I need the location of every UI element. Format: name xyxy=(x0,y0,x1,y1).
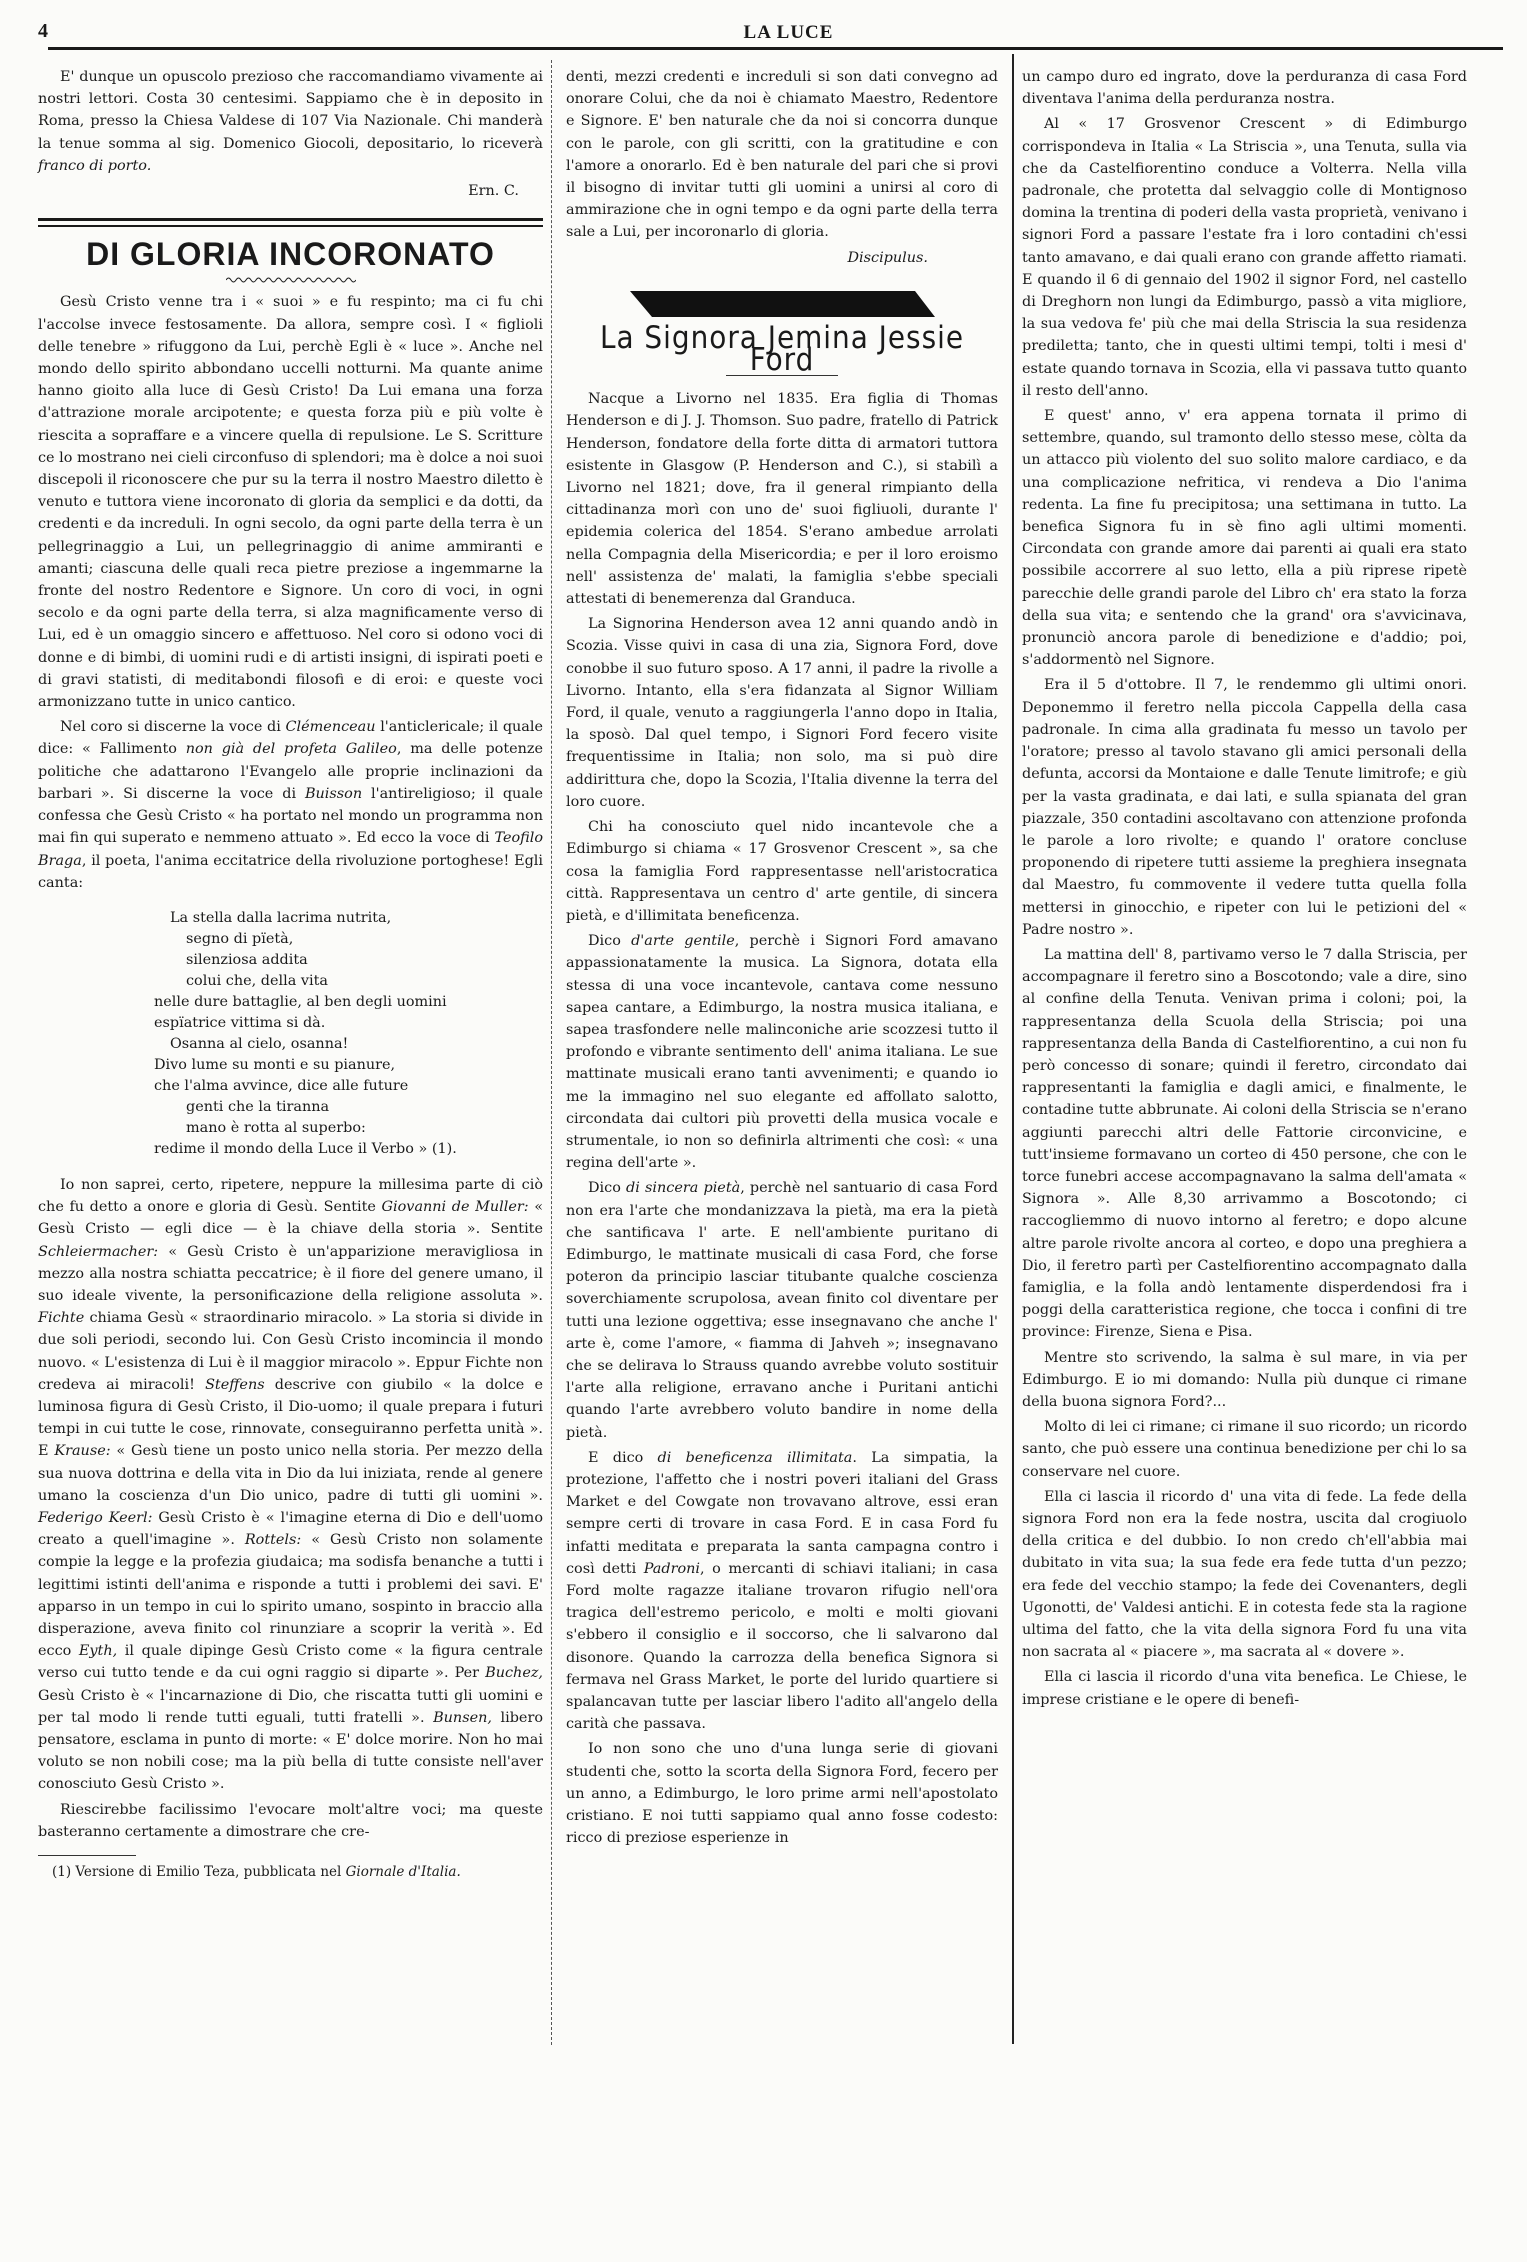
poem-line: che l'alma avvince, dice alle future xyxy=(38,1076,543,1097)
ford-continuation: un campo duro ed ingrato, dove la perdur… xyxy=(1022,66,1467,110)
name-clemenceau: Clémenceau xyxy=(286,719,376,735)
gloria-paragraph-4: Riescirebbe facilissimo l'evocare molt'a… xyxy=(38,1799,543,1843)
text: , il poeta, l'anima eccitatrice della ri… xyxy=(38,853,543,891)
section-divider xyxy=(38,218,543,227)
gloria-paragraph-2: Nel coro si discerne la voce di Clémence… xyxy=(38,716,543,894)
ford-paragraph-15: Ella ci lascia il ricordo d'una vita ben… xyxy=(1022,1666,1467,1710)
ford-paragraph-7: Io non sono che uno d'una lunga serie di… xyxy=(566,1738,998,1849)
gloria-paragraph-3: Io non saprei, certo, ripetere, neppure … xyxy=(38,1174,543,1796)
wavy-line-icon xyxy=(226,276,356,284)
italic-phrase: di beneficenza illimitata xyxy=(658,1450,853,1466)
ford-paragraph-6: E dico di beneficenza illimitata. La sim… xyxy=(566,1447,998,1736)
name-krause: Krause: xyxy=(54,1443,110,1459)
text: , perchè nel santuario di casa Ford non … xyxy=(566,1180,998,1440)
ford-paragraph-11: La mattina dell' 8, partivamo verso le 7… xyxy=(1022,944,1467,1344)
intro-signature-row: Ern. C. xyxy=(38,180,543,202)
text: . La simpatia, la protezione, l'affetto … xyxy=(566,1450,998,1577)
poem-line: silenziosa addita xyxy=(38,950,543,971)
ford-paragraph-1: Nacque a Livorno nel 1835. Era figlia di… xyxy=(566,388,998,610)
ford-paragraph-5: Dico di sincera pietà, perchè nel santua… xyxy=(566,1177,998,1443)
text: Nel coro si discerne la voce di xyxy=(60,719,286,735)
italic-quote: non già del profeta Galileo xyxy=(186,741,397,757)
right-column: un campo duro ed ingrato, dove la perdur… xyxy=(1022,66,1467,1714)
name-eyth: Eyth, xyxy=(79,1643,117,1659)
text: E dico xyxy=(588,1450,658,1466)
poem-line: Divo lume su monti e su pianure, xyxy=(38,1055,543,1076)
name-muller: Giovanni de Muller: xyxy=(382,1199,529,1215)
poem-line: La stella dalla lacrima nutrita, xyxy=(38,908,543,929)
poem-line: Osanna al cielo, osanna! xyxy=(38,1034,543,1055)
ford-paragraph-12: Mentre sto scrivendo, la salma è sul mar… xyxy=(1022,1347,1467,1414)
gloria-paragraph-1: Gesù Cristo venne tra i « suoi » e fu re… xyxy=(38,291,543,713)
signature-discipulus: Discipulus. xyxy=(566,247,998,269)
name-buisson: Buisson xyxy=(305,786,362,802)
poem-line: genti che la tiranna xyxy=(38,1097,543,1118)
poem-line: mano è rotta al superbo: xyxy=(38,1118,543,1139)
italic-phrase: d'arte gentile xyxy=(631,933,735,949)
italic-padroni: Padroni xyxy=(644,1561,700,1577)
intro-paragraph: E' dunque un opuscolo prezioso che racco… xyxy=(38,66,543,177)
article-title-gloria: DI GLORIA INCORONATO xyxy=(38,243,543,265)
column-divider-right xyxy=(1012,54,1014,2044)
ford-paragraph-2: La Signorina Henderson avea 12 anni quan… xyxy=(566,613,998,813)
ford-paragraph-14: Ella ci lascia il ricordo d' una vita di… xyxy=(1022,1486,1467,1664)
left-column: E' dunque un opuscolo prezioso che racco… xyxy=(38,66,543,1884)
poem-line: nelle dure battaglie, al ben degli uomin… xyxy=(38,992,543,1013)
ford-paragraph-8: Al « 17 Grosvenor Crescent » di Edimburg… xyxy=(1022,113,1467,402)
poem: La stella dalla lacrima nutrita, segno d… xyxy=(38,908,543,1160)
footnote-text: (1) Versione di Emilio Teza, pubblicata … xyxy=(52,1864,346,1880)
text: Dico xyxy=(588,933,631,949)
footnote-italic: Giornale d'Italia. xyxy=(346,1864,461,1880)
text: Dico xyxy=(588,1180,626,1196)
name-keerl: Federigo Keerl: xyxy=(38,1510,152,1526)
text: « Gesù Cristo non solamente compie la le… xyxy=(38,1532,543,1659)
name-schleiermacher: Schleiermacher: xyxy=(38,1244,158,1260)
name-steffens: Steffens xyxy=(205,1377,265,1393)
italic-phrase: di sincera pietà xyxy=(626,1180,740,1196)
middle-column: denti, mezzi credenti e increduli si son… xyxy=(566,66,998,1852)
name-fichte: Fichte xyxy=(38,1310,84,1326)
ford-paragraph-10: Era il 5 d'ottobre. Il 7, le rendemmo gl… xyxy=(1022,674,1467,940)
poem-line: colui che, della vita xyxy=(38,971,543,992)
footnote: (1) Versione di Emilio Teza, pubblicata … xyxy=(38,1864,543,1881)
ford-paragraph-3: Chi ha conosciuto quel nido incantevole … xyxy=(566,816,998,927)
article-title-ford: La Signora Jemina Jessie Ford xyxy=(566,327,998,371)
ford-paragraph-4: Dico d'arte gentile, perchè i Signori Fo… xyxy=(566,930,998,1174)
mourning-banner-icon xyxy=(630,291,935,317)
footnote-rule xyxy=(38,1855,136,1856)
text: , o mercanti di schiavi italiani; in cas… xyxy=(566,1561,998,1732)
intro-italic: franco di porto. xyxy=(38,158,151,174)
gloria-continuation: denti, mezzi credenti e increduli si son… xyxy=(566,66,998,244)
header-rule xyxy=(48,47,1503,50)
name-buchez: Buchez, xyxy=(485,1665,543,1681)
text: « Gesù tiene un posto unico nella storia… xyxy=(38,1443,543,1503)
poem-line: segno di pïetà, xyxy=(38,929,543,950)
poem-line: redime il mondo della Luce il Verbo » (1… xyxy=(38,1139,543,1160)
name-rottels: Rottels: xyxy=(245,1532,301,1548)
poem-line: espïatrice vittima si dà. xyxy=(38,1013,543,1034)
ford-paragraph-13: Molto di lei ci rimane; ci rimane il suo… xyxy=(1022,1416,1467,1483)
masthead-title: LA LUCE xyxy=(0,22,1527,44)
text: , perchè i Signori Ford amavano appassio… xyxy=(566,933,998,1171)
column-divider-left xyxy=(551,60,553,2045)
intro-signature: Ern. C. xyxy=(468,180,543,202)
ford-paragraph-9: E quest' anno, v' era appena tornata il … xyxy=(1022,405,1467,671)
name-bunsen: Bunsen, xyxy=(433,1710,492,1726)
intro-text: E' dunque un opuscolo prezioso che racco… xyxy=(38,69,543,152)
